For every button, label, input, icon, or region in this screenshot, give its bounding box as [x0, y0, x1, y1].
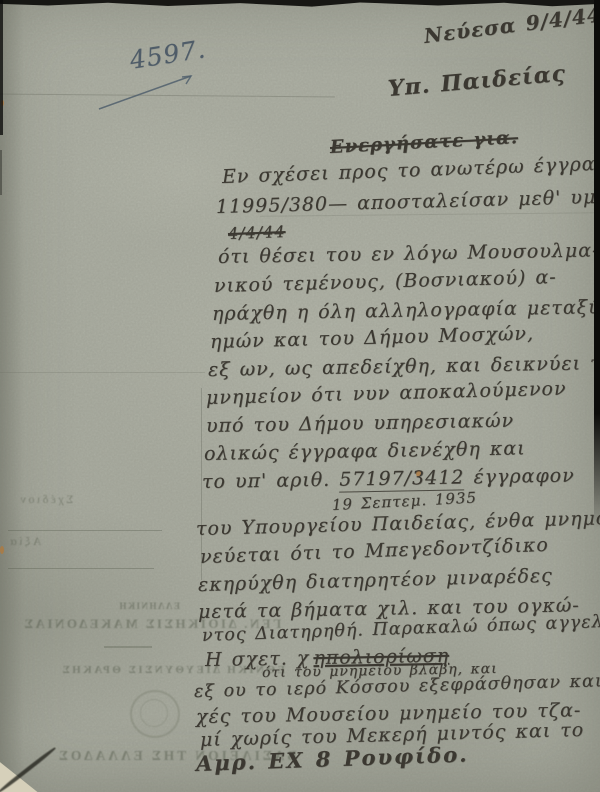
- cited-document-prefix: το υπ' αριθ.: [202, 469, 340, 493]
- body-line: ηράχθη η όλη αλληλογραφία μεταξύ: [212, 298, 600, 324]
- stamp-seal-icon: [130, 690, 180, 738]
- body-line: υπό του Δήμου υπηρεσιακών: [206, 412, 514, 436]
- bleedthrough-rule: [8, 530, 162, 531]
- struck-heading: Ενεργήσατε για.: [330, 129, 519, 157]
- bleedthrough-form-label: Αξία: [8, 534, 42, 549]
- underlined-document-number: 57197/3412: [339, 466, 465, 492]
- body-line: εξ ου το ιερό Κόσσου εξεφράσθησαν και αρ…: [194, 672, 600, 701]
- paper-crease: [0, 372, 205, 373]
- dateline: Νεύεσα 9/4/44: [423, 4, 600, 46]
- rust-speck: [1, 100, 4, 106]
- ref-arrow-icon: [96, 70, 200, 114]
- body-line: Εν σχέσει προς το ανωτέρω έγγραφα: [222, 154, 600, 187]
- addressee: Υπ. Παιδείας: [387, 62, 567, 99]
- body-line: ολικώς έγγραφα διενέχθη και: [204, 439, 526, 464]
- body-line: νικού τεμένους, (Βοσνιακού) α-: [214, 268, 557, 296]
- body-line: ημών και του Δήμου Μοσχών,: [210, 325, 534, 352]
- body-line: νεύεται ότι το Μπεγεδοντζίδικο: [200, 536, 549, 567]
- body-line-cited-document: το υπ' αριθ. 57197/3412 έγγραφον: [202, 466, 575, 492]
- bleedthrough-form-label: Σχέδιον: [18, 492, 73, 507]
- registry-ref-number: 4597.: [128, 36, 208, 73]
- scanned-document-page: Σχέδιον Αξία ΕΛΛΗΝΙΚΗ ΓΕΝ. ΔΙΟΙΚΗΣΙΣ ΜΑΚ…: [0, 0, 600, 792]
- rust-speck: [0, 546, 4, 554]
- cited-document-suffix: έγγραφον: [464, 464, 575, 488]
- bleedthrough-letterhead-small: ΕΛΛΗΝΙΚΗ: [118, 601, 180, 611]
- body-line: εκηρύχθη διατηρητέον μιναρέδες: [198, 567, 553, 595]
- body-line: εξ ων, ως απεδείχθη, και δεικνύει το: [208, 354, 600, 380]
- bleedthrough-rule: [8, 568, 154, 569]
- bleedthrough-dash: [104, 646, 152, 648]
- body-line: ότι θέσει του εν λόγω Μουσουλμα-: [218, 241, 600, 267]
- cited-date: 19 Σεπτεμ. 1935: [332, 490, 478, 513]
- body-line: μνημείον ότι νυν αποκαλούμενον: [206, 380, 567, 408]
- struck-ref-date: 4/4/44: [228, 224, 286, 242]
